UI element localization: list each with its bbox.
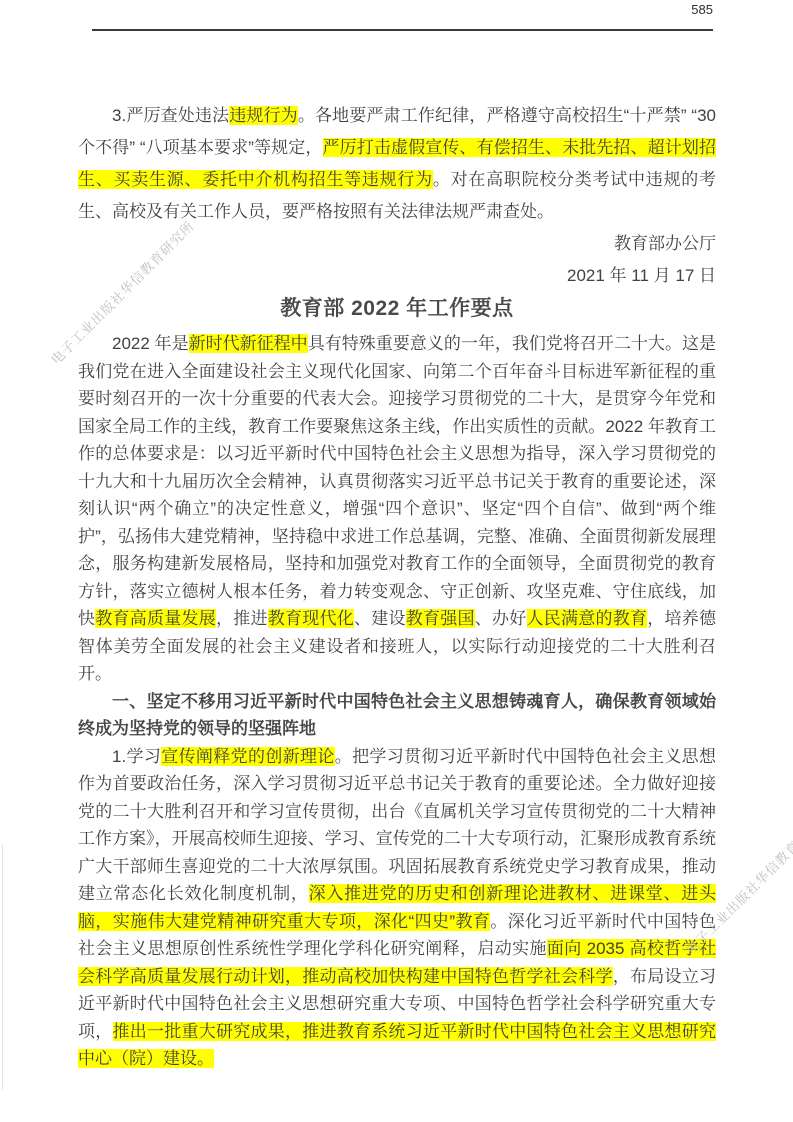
signature-date: 2021 年 11 月 17 日: [78, 260, 716, 292]
text-run: 、建设: [354, 609, 406, 628]
text-run: 、办好: [475, 609, 527, 628]
document-page: 585 3.严厉查处违法违规行为。各地要严肃工作纪律，严格遵守高校招生“十严禁”…: [0, 0, 793, 1122]
signature-org: 教育部办公厅: [78, 228, 716, 260]
paragraph-enforcement-notice: 3.严厉查处违法违规行为。各地要严肃工作纪律，严格遵守高校招生“十严禁” “30…: [78, 100, 716, 228]
paragraph-overall-requirements: 2022 年是新时代新征程中具有特殊重要意义的一年，我们党将召开二十大。这是我们…: [78, 330, 716, 688]
highlighted-text: 人民满意的教育: [527, 609, 648, 628]
section-heading: 一、坚定不移用习近平新时代中国特色社会主义思想铸魂育人，确保教育领域始终成为坚持…: [78, 688, 716, 743]
text-run: ，推进: [216, 609, 268, 628]
document-title: 教育部 2022 年工作要点: [78, 292, 716, 326]
highlighted-text: 教育强国: [406, 609, 475, 628]
highlighted-text: 推出一批重大研究成果，推进教育系统习近平新时代中国特色社会主义思想研究中心（院）…: [78, 1022, 716, 1069]
text-run: 3.严厉查处违法: [112, 106, 229, 125]
text-run: 2022 年是: [112, 334, 189, 353]
scan-edge-artifact: [2, 845, 3, 1090]
text-run: 具有特殊重要意义的一年，我们党将召开二十大。这是我们党在进入全面建设社会主义现代…: [78, 334, 716, 628]
highlighted-text: 新时代新征程中: [189, 334, 308, 353]
text-run: 1.学习: [112, 747, 161, 766]
document-content: 3.严厉查处违法违规行为。各地要严肃工作纪律，严格遵守高校招生“十严禁” “30…: [78, 0, 716, 1073]
highlighted-text: 教育现代化: [268, 609, 354, 628]
paragraph-item-1: 1.学习宣传阐释党的创新理论。把学习贯彻习近平新时代中国特色社会主义思想作为首要…: [78, 743, 716, 1073]
highlighted-text: 教育高质量发展: [95, 609, 216, 628]
highlighted-text: 宣传阐释党的创新理论: [161, 747, 334, 766]
text-run: 。把学习贯彻习近平新时代中国特色社会主义思想作为首要政治任务，深入学习贯彻习近平…: [78, 747, 716, 904]
highlighted-text: 违规行为: [229, 106, 298, 125]
